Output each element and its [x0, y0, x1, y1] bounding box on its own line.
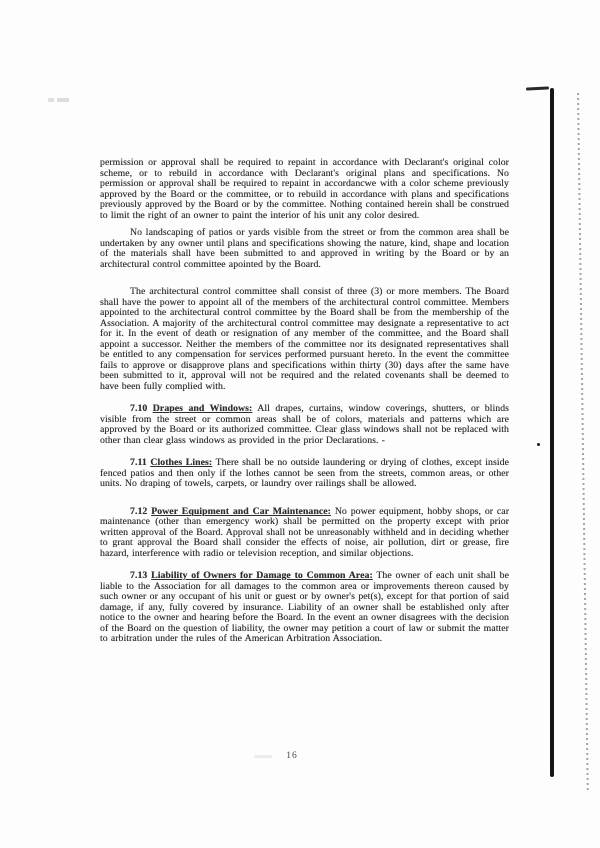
section-body: The owner of each unit shall be liable t… — [100, 570, 509, 644]
section-7-11-clothes-lines: 7.11 Clothes Lines: There shall be no ou… — [100, 458, 509, 490]
paragraph-architectural-committee: The architectural control committee shal… — [100, 287, 509, 392]
scan-artifact-dash — [526, 86, 549, 90]
document-body: permission or approval shall be required… — [100, 158, 509, 651]
section-7-13-liability-of-owners: 7.13 Liability of Owners for Damage to C… — [100, 571, 509, 645]
paragraph-repaint-approval: permission or approval shall be required… — [100, 158, 509, 221]
section-number: 7.12 — [130, 506, 147, 517]
scanned-document-page: permission or approval shall be required… — [0, 0, 600, 848]
section-number: 7.13 — [130, 570, 147, 581]
scan-edge-dashed-line — [577, 93, 589, 791]
section-heading: Clothes Lines: — [150, 457, 212, 468]
paragraph-body: The architectural control committee shal… — [100, 286, 509, 392]
scan-speck-dot — [537, 443, 540, 446]
section-heading: Drapes and Windows: — [153, 403, 253, 414]
section-heading: Power Equipment and Car Maintenance: — [151, 506, 331, 517]
paragraph-landscaping: No landscaping of patios or yards visibl… — [100, 228, 509, 270]
scan-edge-bar — [550, 88, 554, 777]
scan-smudge-pagenumber — [254, 755, 272, 758]
scan-smudge-topleft — [48, 98, 69, 102]
page-number: 16 — [278, 751, 306, 761]
paragraph-body: No landscaping of patios or yards visibl… — [100, 227, 509, 270]
section-7-10-drapes-and-windows: 7.10 Drapes and Windows: All drapes, cur… — [100, 404, 509, 446]
paragraph-body: permission or approval shall be required… — [100, 157, 509, 221]
section-number: 7.10 — [130, 403, 147, 414]
section-7-12-power-equipment: 7.12 Power Equipment and Car Maintenance… — [100, 507, 509, 560]
section-number: 7.11 — [130, 457, 147, 468]
section-heading: Liability of Owners for Damage to Common… — [151, 570, 373, 581]
